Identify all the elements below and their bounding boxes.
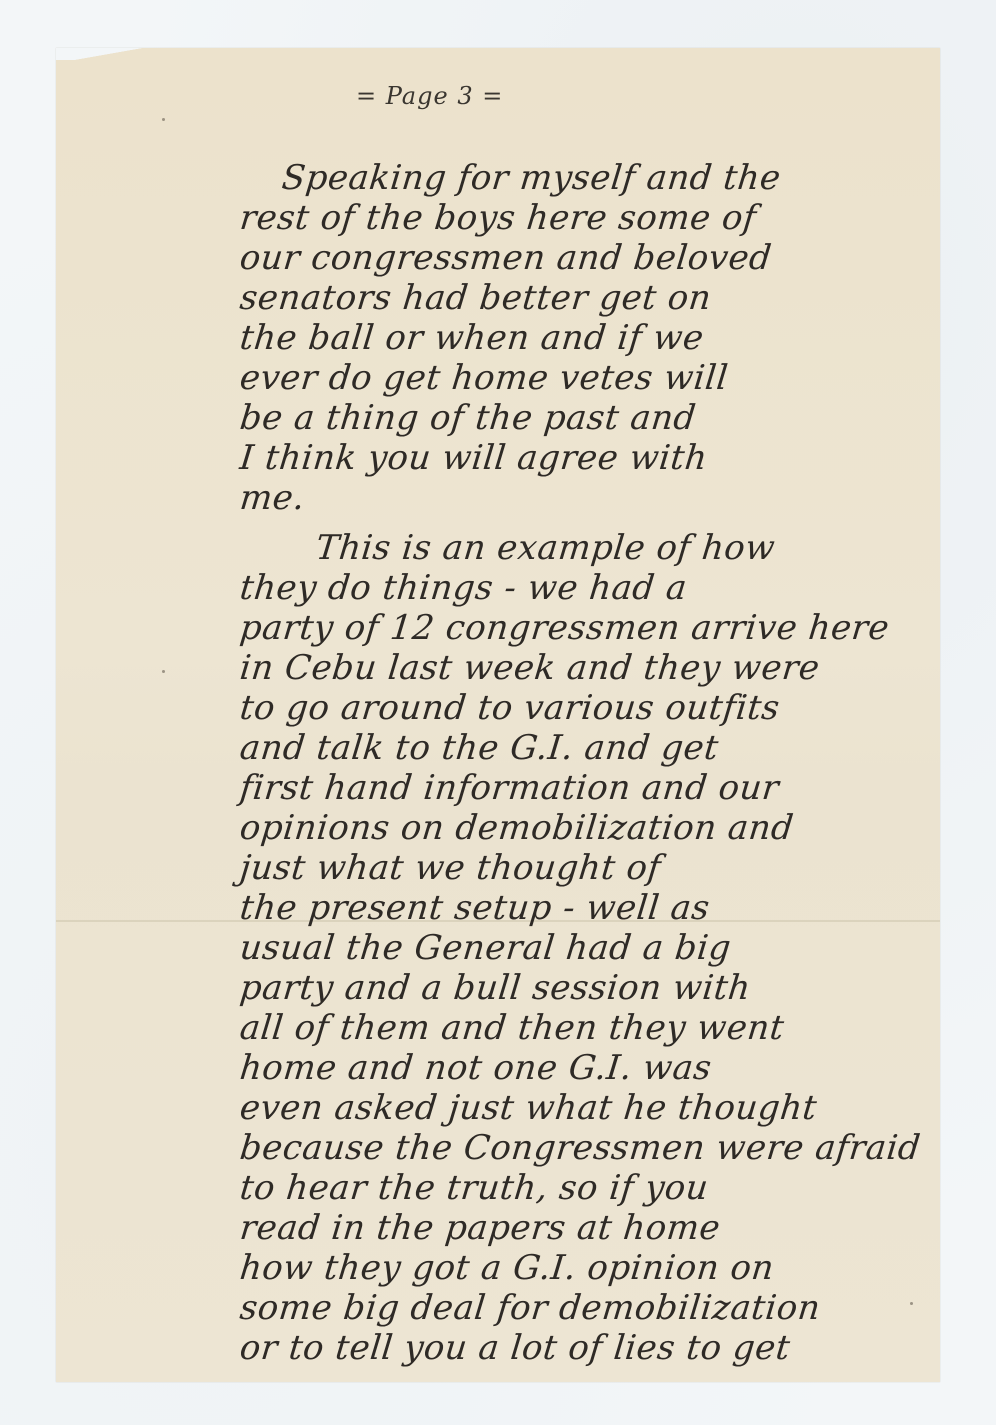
paper-corner-notch <box>56 48 144 60</box>
paper-speck <box>162 670 165 673</box>
text-line: usual the General had a big <box>238 928 733 968</box>
text-line: all of them and then they went <box>238 1008 786 1048</box>
page-number-label: = Page 3 = <box>356 82 503 110</box>
text-line: how they got a G.I. opinion on <box>238 1248 776 1288</box>
text-line: be a thing of the past and <box>238 398 698 438</box>
text-line: This is an example of how <box>314 528 777 568</box>
text-line: party and a bull session with <box>238 968 753 1008</box>
text-line: our congressmen and beloved <box>238 238 774 278</box>
text-line: because the Congressmen were afraid <box>238 1128 923 1168</box>
text-line: in Cebu last week and they were <box>238 648 822 688</box>
text-line: just what we thought of <box>238 848 663 888</box>
text-line: Speaking for myself and the <box>280 158 783 198</box>
text-line: opinions on demobilization and <box>238 808 796 848</box>
text-line: read in the papers at home <box>238 1208 722 1248</box>
text-line: to go around to various outfits <box>238 688 782 728</box>
text-line: to hear the truth, so if you <box>238 1168 711 1208</box>
text-line: me. <box>238 478 307 518</box>
text-line: first hand information and our <box>238 768 781 808</box>
text-line: the ball or when and if we <box>238 318 706 358</box>
text-line: senators had better get on <box>238 278 713 318</box>
text-line: even asked just what he thought <box>238 1088 819 1128</box>
text-line: and talk to the G.I. and get <box>238 728 721 768</box>
text-line: I think you will agree with <box>238 438 709 478</box>
text-line: or to tell you a lot of lies to get <box>238 1328 792 1368</box>
text-line: ever do get home vetes will <box>238 358 730 398</box>
text-line: they do things - we had a <box>238 568 689 608</box>
text-line: some big deal for demobilization <box>238 1288 823 1328</box>
letter-page: = Page 3 = Speaking for myself and the r… <box>56 48 940 1382</box>
text-line: party of 12 congressmen arrive here <box>238 608 891 648</box>
ink-dot <box>910 1302 913 1305</box>
text-line: the present setup - well as <box>238 888 712 928</box>
text-line: rest of the boys here some of <box>238 198 758 238</box>
text-line: home and not one G.I. was <box>238 1048 714 1088</box>
paper-speck <box>162 118 165 121</box>
